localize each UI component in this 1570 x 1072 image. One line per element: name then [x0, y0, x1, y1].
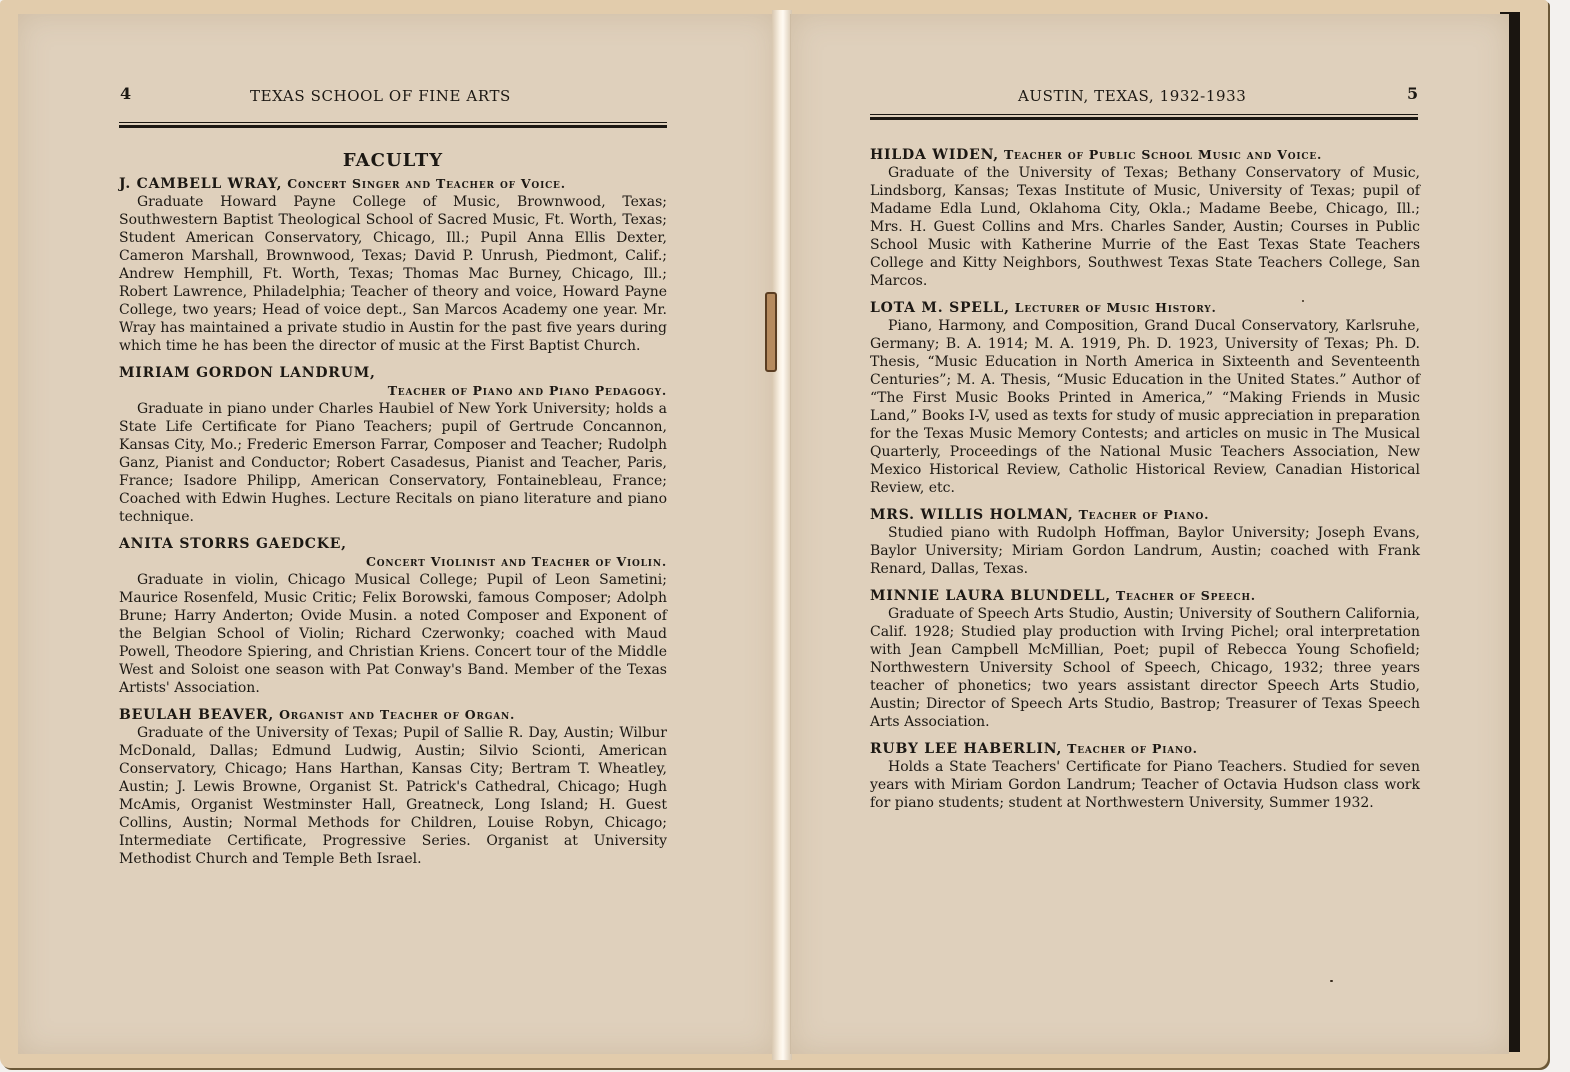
faculty-role: Organist and Teacher of Organ.: [279, 707, 515, 722]
faculty-bio: Graduate in piano under Charles Haubiel …: [119, 400, 667, 526]
faculty-entry: MIRIAM GORDON LANDRUM, Teacher of Piano …: [119, 364, 667, 526]
faculty-bio: Graduate in violin, Chicago Musical Coll…: [119, 571, 667, 697]
faculty-role: Teacher of Piano.: [1067, 741, 1198, 756]
right-column: HILDA WIDEN, Teacher of Public School Mu…: [870, 146, 1420, 821]
faculty-name: LOTA M. SPELL,: [870, 300, 1010, 316]
left-column: FACULTY J. CAMBELL WRAY, Concert Singer …: [119, 150, 667, 877]
faculty-name: J. CAMBELL WRAY,: [119, 176, 282, 192]
faculty-entry: BEULAH BEAVER, Organist and Teacher of O…: [119, 706, 667, 868]
right-running-head: AUSTIN, TEXAS, 1932-1933: [1018, 87, 1246, 105]
faculty-bio: Studied piano with Rudolph Hoffman, Bayl…: [870, 524, 1420, 578]
faculty-role: Teacher of Speech.: [1116, 588, 1256, 603]
faculty-bio: Graduate of Speech Arts Studio, Austin; …: [870, 605, 1420, 731]
faculty-entry: J. CAMBELL WRAY, Concert Singer and Teac…: [119, 175, 667, 355]
right-page-number: 5: [1407, 84, 1418, 103]
faculty-entry: MINNIE LAURA BLUNDELL, Teacher of Speech…: [870, 587, 1420, 731]
faculty-role: Teacher of Public School Music and Voice…: [1004, 147, 1322, 162]
faculty-bio: Holds a State Teachers' Certificate for …: [870, 758, 1420, 812]
faculty-bio: Graduate of the University of Texas; Bet…: [870, 164, 1420, 290]
faculty-name: MIRIAM GORDON LANDRUM,: [119, 365, 376, 381]
faculty-role: Teacher of Piano and Piano Pedagogy.: [119, 382, 667, 400]
faculty-entry: HILDA WIDEN, Teacher of Public School Mu…: [870, 146, 1420, 290]
paper-speck: [1302, 300, 1304, 302]
faculty-role: Concert Singer and Teacher of Voice.: [287, 176, 566, 191]
faculty-entry: RUBY LEE HABERLIN, Teacher of Piano. Hol…: [870, 740, 1420, 812]
faculty-name: ANITA STORRS GAEDCKE,: [119, 536, 347, 552]
left-header-rule: [119, 122, 667, 128]
faculty-entry: MRS. WILLIS HOLMAN, Teacher of Piano. St…: [870, 506, 1420, 578]
faculty-entry: LOTA M. SPELL, Lecturer of Music History…: [870, 299, 1420, 497]
staple: [765, 292, 777, 372]
faculty-name: MINNIE LAURA BLUNDELL,: [870, 588, 1111, 604]
left-page-number: 4: [120, 84, 131, 103]
faculty-name: MRS. WILLIS HOLMAN,: [870, 507, 1074, 523]
faculty-name: HILDA WIDEN,: [870, 147, 999, 163]
faculty-bio: Graduate of the University of Texas; Pup…: [119, 724, 667, 868]
faculty-role: Lecturer of Music History.: [1015, 300, 1217, 315]
faculty-role: Teacher of Piano.: [1079, 507, 1210, 522]
faculty-name: RUBY LEE HABERLIN,: [870, 741, 1062, 757]
faculty-bio: Piano, Harmony, and Composition, Grand D…: [870, 317, 1420, 497]
faculty-name: BEULAH BEAVER,: [119, 707, 274, 723]
section-title: FACULTY: [119, 150, 667, 172]
faculty-bio: Graduate Howard Payne College of Music, …: [119, 193, 667, 355]
paper-speck: [1330, 980, 1333, 982]
left-running-head: TEXAS SCHOOL OF FINE ARTS: [250, 87, 511, 105]
faculty-entry: ANITA STORRS GAEDCKE, Concert Violinist …: [119, 535, 667, 697]
faculty-role: Concert Violinist and Teacher of Violin.: [119, 553, 667, 571]
right-header-rule: [870, 114, 1418, 120]
book-gutter: [772, 10, 792, 1060]
